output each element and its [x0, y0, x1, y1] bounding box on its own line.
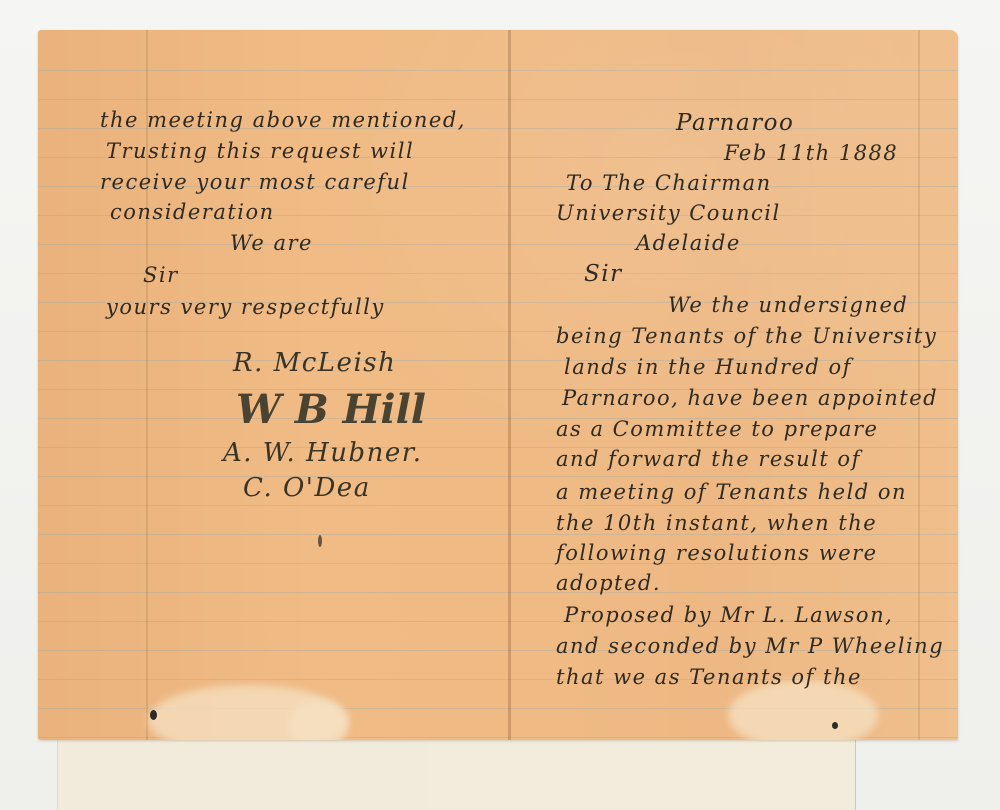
- place-heading: Parnaroo: [676, 112, 794, 135]
- body-line: the 10th instant, when the: [556, 513, 877, 534]
- body-line: that we as Tenants of the: [556, 667, 862, 688]
- body-line: a meeting of Tenants held on: [556, 482, 907, 503]
- body-line: Parnaroo, have been appointed: [562, 388, 938, 409]
- addressee-line: Adelaide: [636, 233, 741, 254]
- addressee-line: University Council: [556, 203, 781, 224]
- body-line: as a Committee to prepare: [556, 419, 878, 440]
- body-line: lands in the Hundred of: [564, 357, 852, 378]
- closing-line: We are: [230, 233, 313, 254]
- body-line: adopted.: [556, 573, 661, 594]
- letter-sheet: the meeting above mentioned, Trusting th…: [38, 30, 958, 740]
- signature: W B Hill: [236, 390, 426, 430]
- fold-crease-center: [508, 30, 511, 740]
- body-line: following resolutions were: [556, 543, 878, 564]
- addressee-line: To The Chairman: [566, 173, 772, 194]
- letter-line: consideration: [110, 202, 275, 223]
- letter-date: Feb 11th 1888: [724, 143, 898, 164]
- right-page: Parnaroo Feb 11th 1888 To The Chairman U…: [556, 30, 956, 740]
- body-line: and forward the result of: [556, 449, 861, 470]
- letter-line: receive your most careful: [100, 172, 410, 193]
- signature: A. W. Hubner.: [223, 440, 423, 466]
- closing-line: yours very respectfully: [106, 297, 385, 318]
- salutation: Sir: [584, 263, 623, 286]
- body-line: and seconded by Mr P Wheeling: [556, 636, 944, 657]
- body-line: being Tenants of the University: [556, 326, 937, 347]
- left-page: the meeting above mentioned, Trusting th…: [98, 30, 498, 740]
- body-line: Proposed by Mr L. Lawson,: [564, 605, 893, 626]
- letter-line: the meeting above mentioned,: [100, 110, 466, 131]
- letter-line: Trusting this request will: [106, 141, 414, 162]
- signature: R. McLeish: [233, 350, 396, 376]
- signature: C. O'Dea: [243, 475, 371, 501]
- closing-salutation: Sir: [143, 265, 179, 286]
- body-line: We the undersigned: [668, 295, 908, 316]
